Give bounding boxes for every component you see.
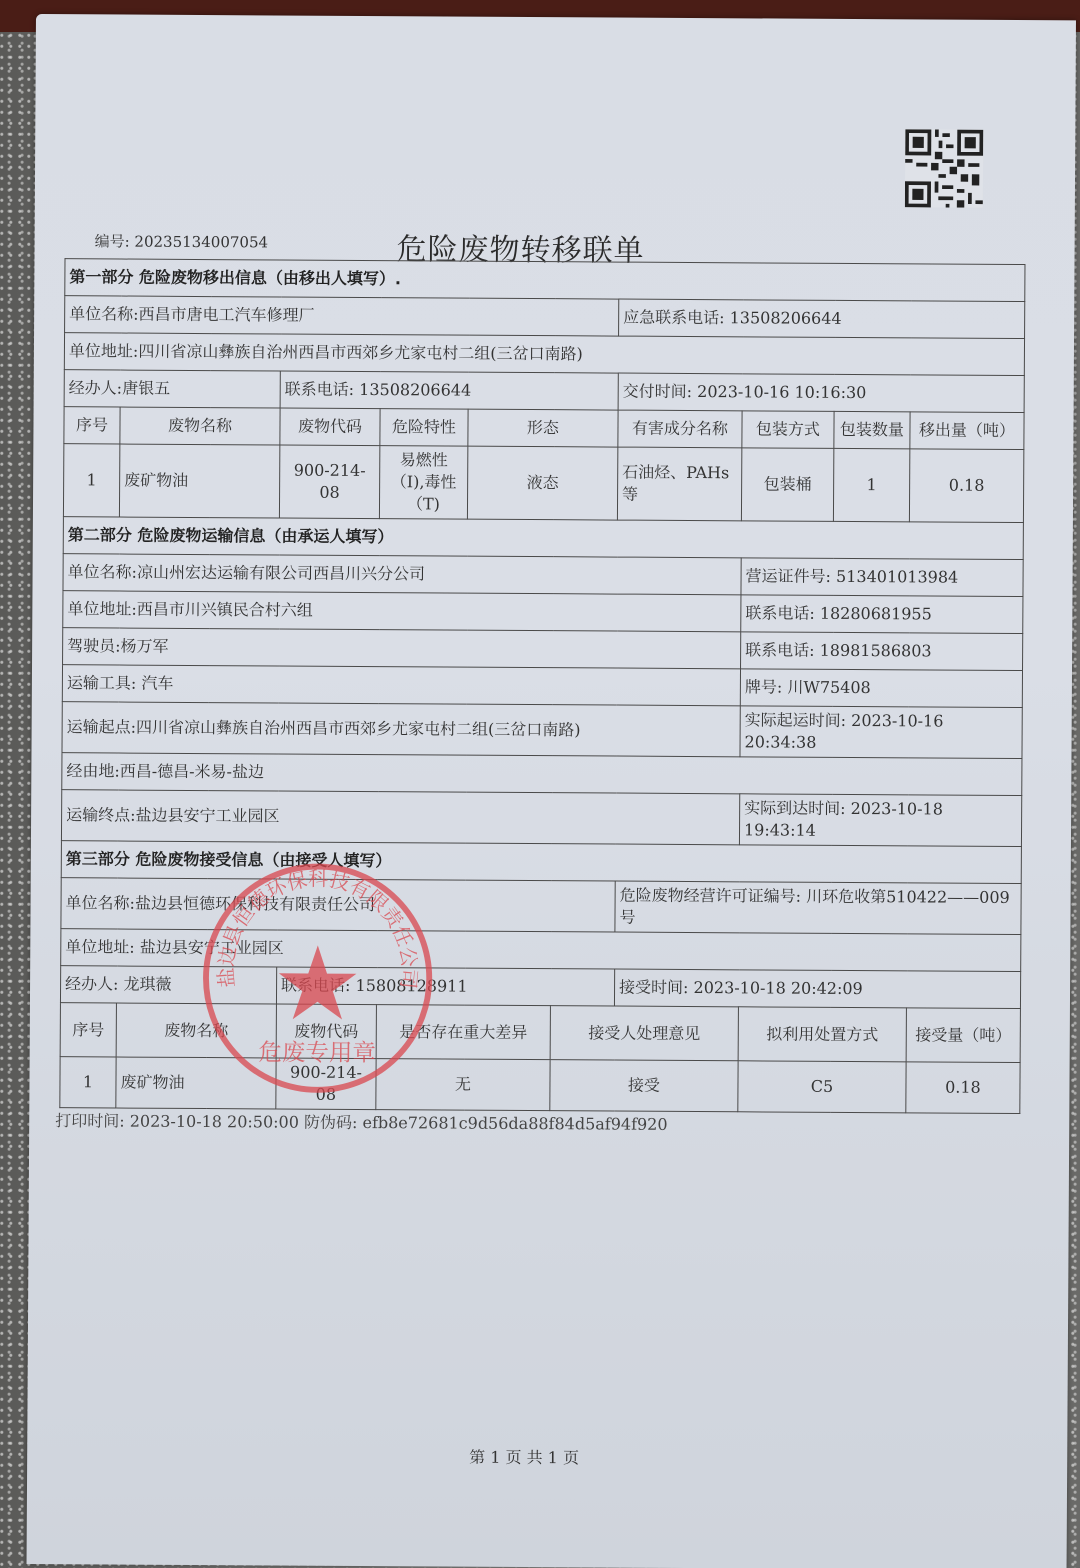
part3-heading-row: 第三部分 危险废物接受信息（由接受人填写） [61,841,1021,884]
col-header: 序号 [60,1003,116,1057]
part2-address-row: 单位地址:西昌市川兴镇民合村六组 联系电话: 18280681955 [63,591,1023,634]
part1-heading: 第一部分 危险废物移出信息（由移出人填写）. [65,259,1025,302]
part2-driver: 驾驶员:杨万军 [63,628,741,669]
col-header: 移出量（吨） [910,412,1024,450]
part3-heading: 第三部分 危险废物接受信息（由接受人填写） [61,841,1021,884]
cell-received-quantity: 0.18 [906,1062,1020,1114]
cell-index: 1 [60,1057,116,1108]
col-header: 包装方式 [742,411,834,449]
cell-opinion: 接受 [550,1060,738,1112]
part1-unit-name: 单位名称:西昌市唐电工汽车修理厂 [65,296,619,336]
part2-departure: 实际起运时间: 2023-10-16 20:34:38 [740,706,1022,759]
cell-disposal-method: C5 [738,1061,906,1113]
cell-waste-code: 900-214-08 [279,445,379,519]
col-header: 接受量（吨） [906,1008,1020,1063]
part1-heading-row: 第一部分 危险废物移出信息（由移出人填写）. [65,259,1025,302]
part2-arrival: 实际到达时间: 2023-10-18 19:43:14 [739,794,1021,847]
part1-address: 单位地址:四川省凉山彝族自治州西昌市西郊乡尤家屯村二组(三岔口南路) [64,333,1024,376]
col-header: 危险特性 [380,409,468,447]
part3-table-header: 序号 废物名称 废物代码 是否存在重大差异 接受人处理意见 拟利用处置方式 接受… [60,1003,1020,1063]
col-header: 废物代码 [280,408,380,446]
part2-address: 单位地址:西昌市川兴镇民合村六组 [63,591,741,632]
col-header: 是否存在重大差异 [376,1005,550,1060]
print-info: 打印时间: 2023-10-18 20:50:00 防伪码: efb8e7268… [55,1108,667,1135]
part2-driver-row: 驾驶员:杨万军 联系电话: 18981586803 [63,628,1023,671]
part2-unit-row: 单位名称:凉山州宏达运输有限公司西昌川兴分公司 营运证件号: 513401013… [63,554,1023,597]
part2-route-row: 经由地:西昌-德昌-米易-盐边 [62,753,1022,796]
col-header: 废物代码 [276,1004,376,1059]
cell-waste-code: 900-214-08 [276,1058,376,1110]
part2-heading-row: 第二部分 危险废物运输信息（由承运人填写） [63,517,1023,560]
part1-handler: 经办人:唐银五 [64,370,280,408]
col-header: 废物名称 [120,407,280,445]
part2-vehicle: 运输工具: 汽车 [62,665,740,706]
part2-unit-name: 单位名称:凉山州宏达运输有限公司西昌川兴分公司 [63,554,741,595]
cell-form: 液态 [467,446,617,520]
cell-quantity: 0.18 [909,449,1023,523]
part2-plate: 牌号: 川W75408 [740,669,1022,708]
col-header: 序号 [64,407,120,444]
part2-destination: 运输终点:盐边县安宁工业园区 [61,790,739,845]
part2-vehicle-row: 运输工具: 汽车 牌号: 川W75408 [62,665,1022,708]
cell-waste-name: 废矿物油 [116,1057,276,1109]
part3-phone: 联系电话: 15808128911 [276,967,614,1006]
part3-receive-time: 接受时间: 2023-10-18 20:42:09 [614,969,1020,1008]
part2-license: 营运证件号: 513401013984 [741,558,1023,597]
cell-discrepancy: 无 [376,1059,550,1111]
part2-heading: 第二部分 危险废物运输信息（由承运人填写） [63,517,1023,560]
cell-waste-name: 废矿物油 [119,444,279,518]
cell-hazard: 易燃性（I),毒性（T) [379,446,467,520]
part1-handler-row: 经办人:唐银五 联系电话: 13508206644 交付时间: 2023-10-… [64,370,1024,413]
part1-address-row: 单位地址:四川省凉山彝族自治州西昌市西郊乡尤家屯村二组(三岔口南路) [64,333,1024,376]
col-header: 拟利用处置方式 [738,1007,906,1062]
col-header: 有害成分名称 [618,410,742,448]
part1-table-header: 序号 废物名称 废物代码 危险特性 形态 有害成分名称 包装方式 包装数量 移出… [64,407,1024,450]
part3-address: 单位地址: 盐边县安宁工业园区 [61,929,1021,972]
document-number: 编号: 20235134007054 [95,230,269,252]
part3-handler: 经办人: 龙琪薇 [60,966,276,1004]
part1-delivery-time: 交付时间: 2023-10-16 10:16:30 [618,373,1024,412]
part1-phone: 联系电话: 13508206644 [280,371,618,410]
col-header: 形态 [468,409,618,447]
part2-destination-row: 运输终点:盐边县安宁工业园区 实际到达时间: 2023-10-18 19:43:… [61,790,1021,847]
transfer-manifest-paper: 编号: 20235134007054 危险废物转移联单 第一部分 危险废物移出信… [27,14,1076,1568]
col-header: 包装数量 [834,411,910,448]
part2-phone1: 联系电话: 18280681955 [741,595,1023,634]
table-row: 1 废矿物油 900-214-08 无 接受 C5 0.18 [60,1057,1020,1114]
page-number: 第 1 页 共 1 页 [469,1445,579,1469]
part3-permit: 危险废物经营许可证编号: 川环危收第510422——009号 [615,881,1021,934]
qr-code-icon [905,129,983,207]
part3-address-row: 单位地址: 盐边县安宁工业园区 [61,929,1021,972]
part3-unit-row: 单位名称:盐边县恒德环保科技有限责任公司 危险废物经营许可证编号: 川环危收第5… [61,878,1021,935]
cell-index: 1 [63,444,119,517]
col-header: 接受人处理意见 [550,1006,738,1061]
part2-route: 经由地:西昌-德昌-米易-盐边 [62,753,1022,796]
table-row: 1 废矿物油 900-214-08 易燃性（I),毒性（T) 液态 石油烃、PA… [63,444,1023,523]
cell-package-count: 1 [833,448,909,521]
cell-packaging: 包装桶 [741,448,833,522]
manifest-form: 第一部分 危险废物移出信息（由移出人填写）. 单位名称:西昌市唐电工汽车修理厂 … [59,258,1025,1114]
part3-handler-row: 经办人: 龙琪薇 联系电话: 15808128911 接受时间: 2023-10… [60,966,1020,1009]
part2-origin: 运输起点:四川省凉山彝族自治州西昌市西郊乡尤家屯村二组(三岔口南路) [62,702,740,757]
part3-unit-name: 单位名称:盐边县恒德环保科技有限责任公司 [61,878,615,932]
part2-origin-row: 运输起点:四川省凉山彝族自治州西昌市西郊乡尤家屯村二组(三岔口南路) 实际起运时… [62,702,1022,759]
part2-phone2: 联系电话: 18981586803 [741,632,1023,671]
col-header: 废物名称 [116,1003,276,1058]
part1-unit-row: 单位名称:西昌市唐电工汽车修理厂 应急联系电话: 13508206644 [65,296,1025,339]
cell-components: 石油烃、PAHs等 [617,447,741,521]
part1-emergency-phone: 应急联系电话: 13508206644 [619,299,1025,338]
